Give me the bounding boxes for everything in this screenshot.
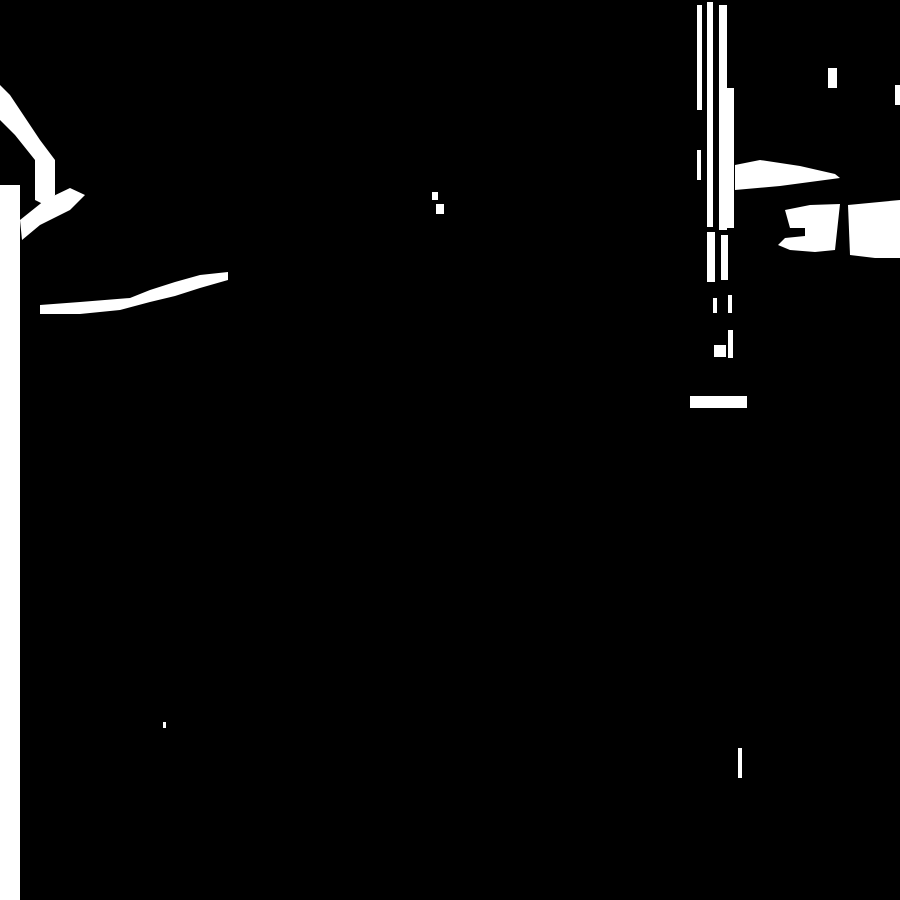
binarized-scene — [0, 0, 900, 900]
background — [0, 0, 900, 900]
